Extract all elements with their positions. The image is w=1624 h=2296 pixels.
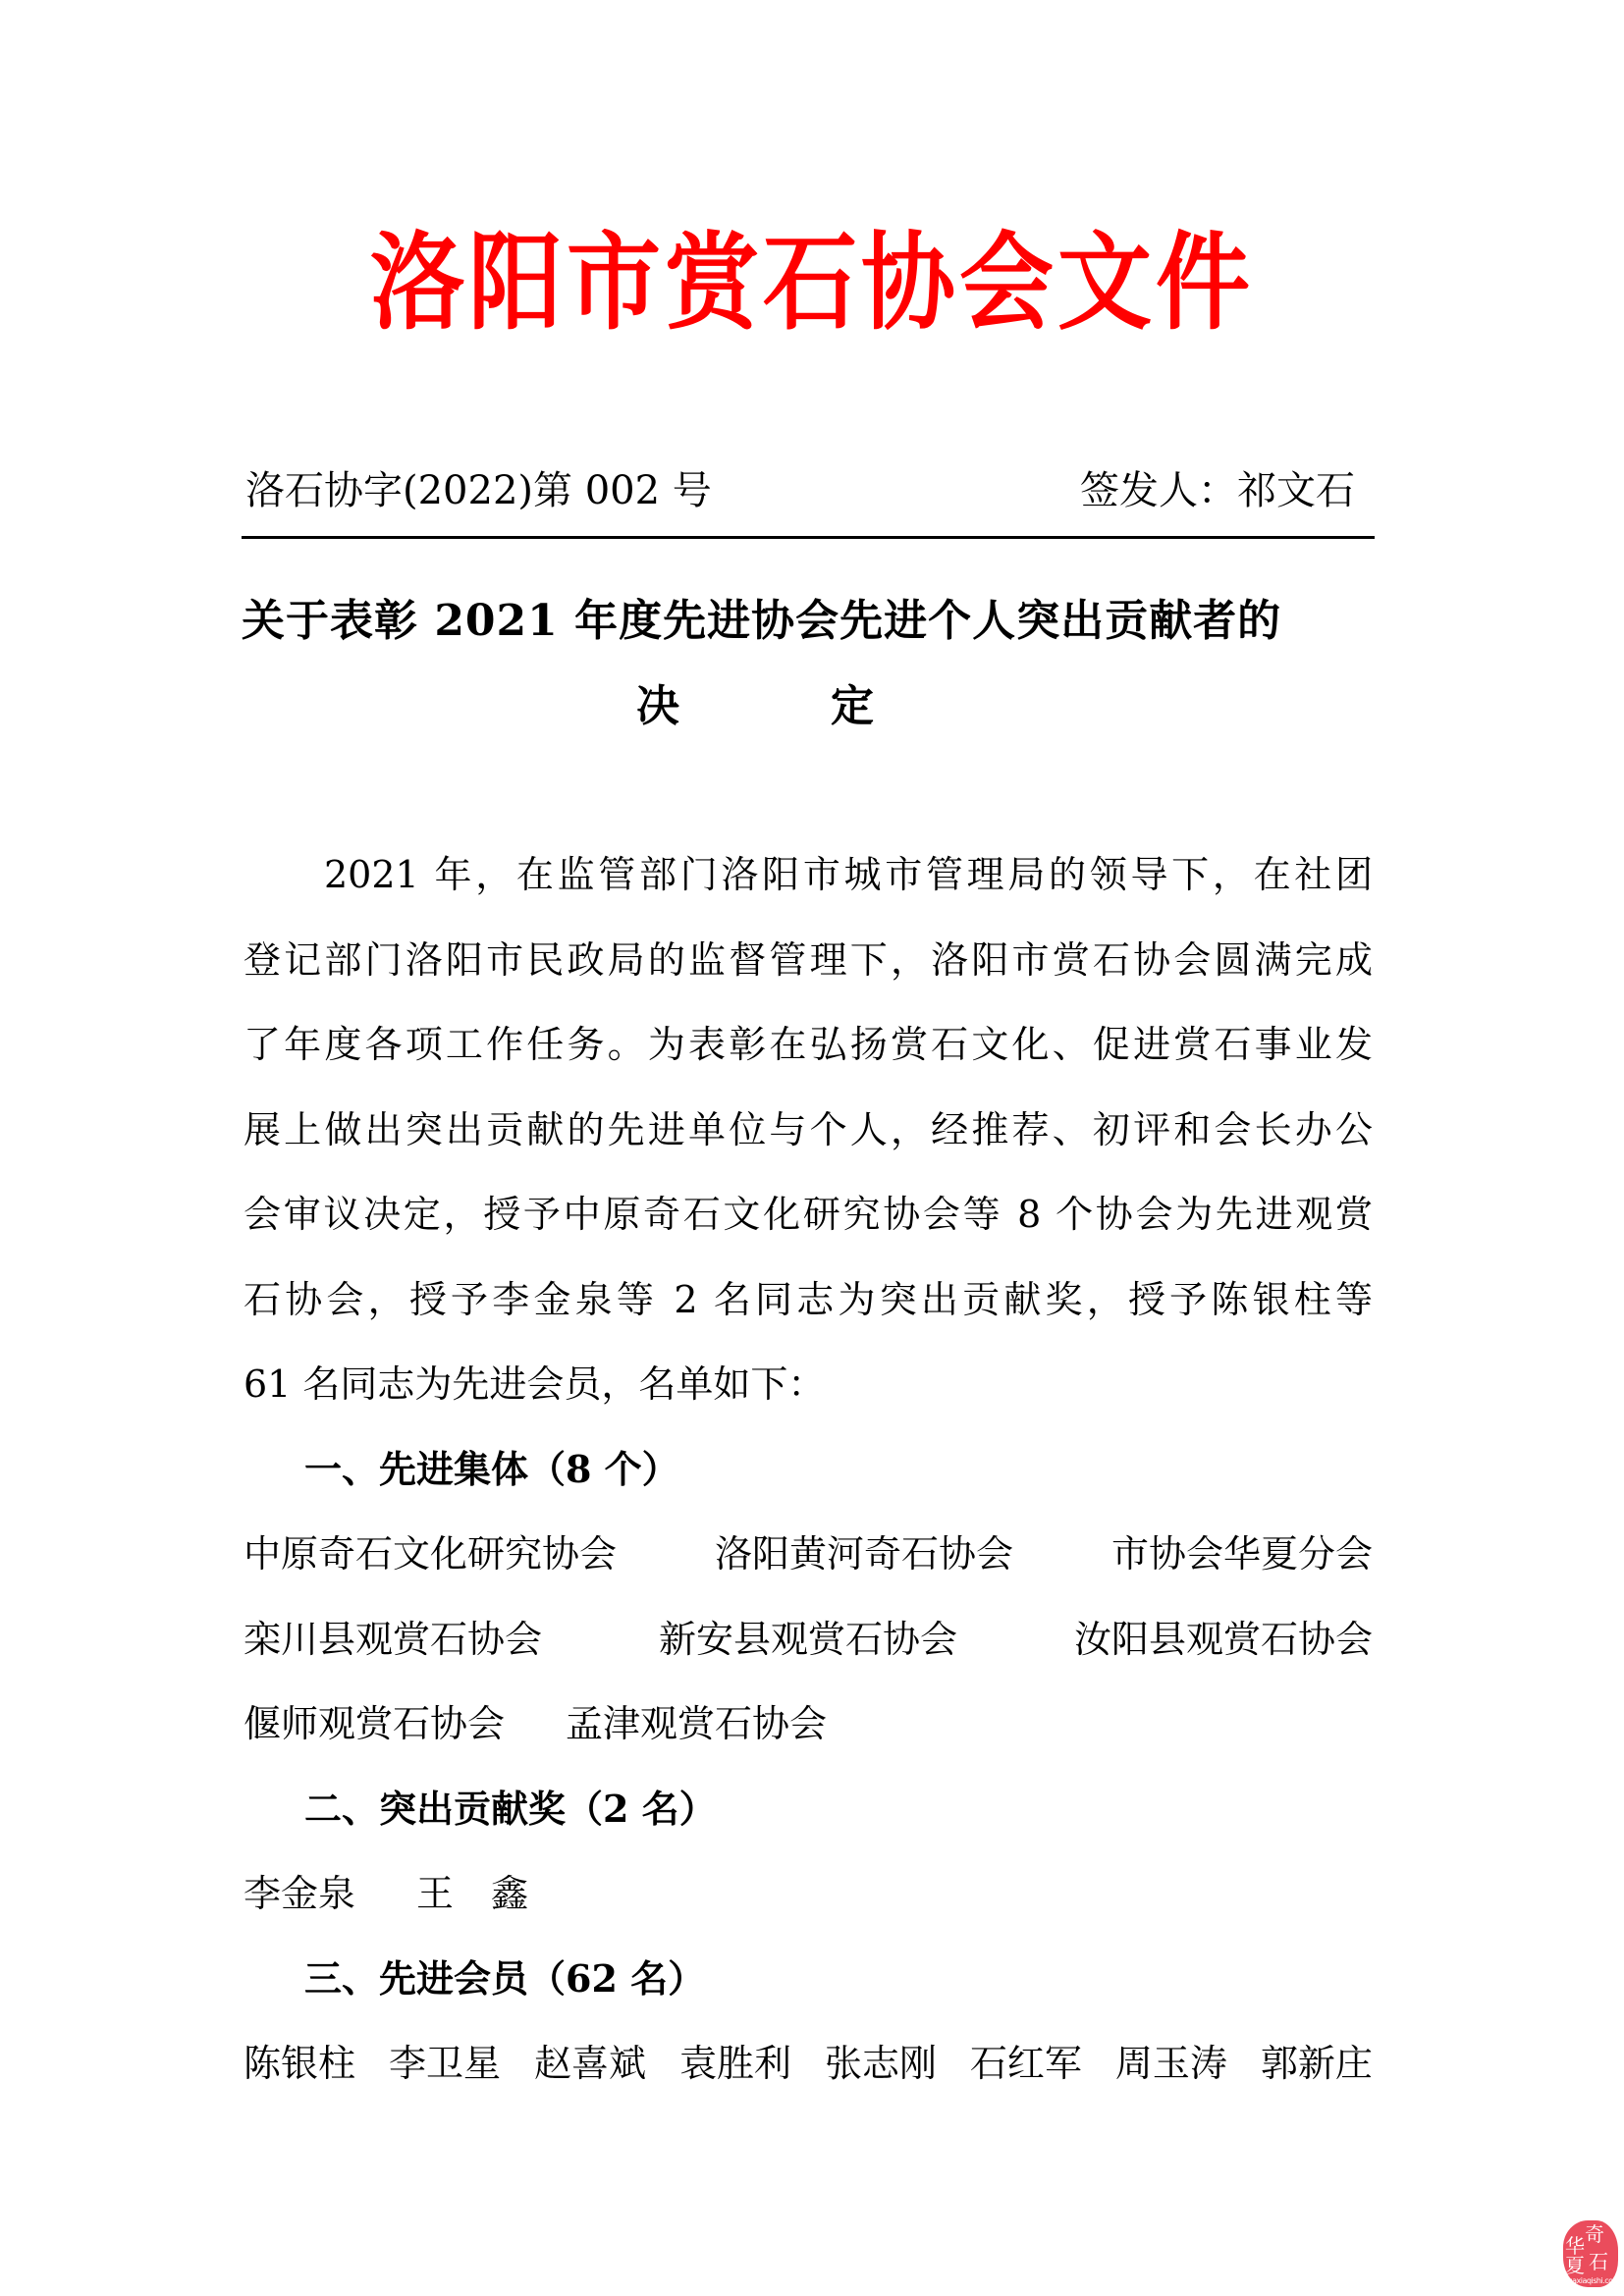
seal-char: 石 <box>1589 2252 1608 2271</box>
group-name: 偃师观赏石协会 <box>244 1682 505 1767</box>
paragraph-line: 展上做出突出贡献的先进单位与个人，经推荐、初评和会长办公 <box>244 1088 1373 1173</box>
group-name: 市协会华夏分会 <box>1111 1512 1373 1597</box>
paragraph-line: 2021 年，在监管部门洛阳市城市管理局的领导下，在社团 <box>244 832 1373 918</box>
awardee-name: 李金泉 <box>244 1851 355 1937</box>
paragraph-line: 61 名同志为先进会员，名单如下： <box>244 1342 1373 1427</box>
masthead-title: 洛阳市赏石协会文件 <box>0 217 1624 348</box>
document-body: 2021 年，在监管部门洛阳市城市管理局的领导下，在社团 登记部门洛阳市民政局的… <box>244 832 1373 2107</box>
document-page: 洛阳市赏石协会文件 洛石协字(2022)第 002 号 签发人：祁文石 关于表彰… <box>0 0 1624 2296</box>
group-name: 孟津观赏石协会 <box>566 1682 827 1767</box>
document-number: 洛石协字(2022)第 002 号 <box>245 461 712 520</box>
group-list-row: 偃师观赏石协会 孟津观赏石协会 <box>244 1682 1373 1767</box>
member-name: 袁胜利 <box>679 2021 791 2107</box>
group-list-row: 中原奇石文化研究协会 洛阳黄河奇石协会 市协会华夏分会 <box>244 1512 1373 1597</box>
group-list-row: 栾川县观赏石协会 新安县观赏石协会 汝阳县观赏石协会 <box>244 1597 1373 1682</box>
header-divider <box>242 536 1375 539</box>
member-name: 张志刚 <box>825 2021 937 2107</box>
document-title-line1: 关于表彰 2021 年度先进协会先进个人突出贡献者的 <box>242 592 1375 651</box>
paragraph-line: 石协会，授予李金泉等 2 名同志为突出贡献奖，授予陈银柱等 <box>244 1257 1373 1343</box>
member-names-row: 陈银柱 李卫星 赵喜斌 袁胜利 张志刚 石红军 周玉涛 郭新庄 <box>244 2021 1373 2107</box>
award-names-row: 李金泉 王 鑫 <box>244 1851 1373 1937</box>
group-name: 中原奇石文化研究协会 <box>244 1512 617 1597</box>
section-heading-outstanding-contribution: 二、突出贡献奖（2 名） <box>244 1767 1373 1852</box>
section-heading-advanced-members: 三、先进会员（62 名） <box>244 1937 1373 2022</box>
paragraph-line: 了年度各项工作任务。为表彰在弘扬赏石文化、促进赏石事业发 <box>244 1002 1373 1088</box>
group-name: 新安县观赏石协会 <box>659 1597 957 1682</box>
seal-url: huaxiaqishi.com <box>1563 2276 1618 2285</box>
group-name: 汝阳县观赏石协会 <box>1074 1597 1373 1682</box>
paragraph-line: 登记部门洛阳市民政局的监督管理下，洛阳市赏石协会圆满完成 <box>244 918 1373 1003</box>
title-char-ding: 定 <box>831 677 874 736</box>
member-name: 郭新庄 <box>1261 2021 1373 2107</box>
member-name: 石红军 <box>970 2021 1082 2107</box>
member-name: 李卫星 <box>389 2021 501 2107</box>
paragraph-line: 会审议决定，授予中原奇石文化研究协会等 8 个协会为先进观赏 <box>244 1172 1373 1257</box>
section-heading-advanced-groups: 一、先进集体（8 个） <box>244 1427 1373 1513</box>
signer: 签发人：祁文石 <box>1080 461 1355 520</box>
seal-char: 华 <box>1565 2236 1585 2256</box>
seal-char: 奇 <box>1585 2224 1604 2244</box>
group-name: 栾川县观赏石协会 <box>244 1597 542 1682</box>
awardee-name: 王 鑫 <box>416 1851 528 1937</box>
member-name: 赵喜斌 <box>534 2021 646 2107</box>
watermark-seal-icon: 奇 华 夏 石 huaxiaqishi.com <box>1563 2220 1618 2287</box>
title-char-jue: 决 <box>636 677 679 736</box>
seal-char: 夏 <box>1565 2256 1585 2275</box>
member-name: 陈银柱 <box>244 2021 355 2107</box>
member-name: 周玉涛 <box>1115 2021 1227 2107</box>
document-info-bar: 洛石协字(2022)第 002 号 签发人：祁文石 <box>242 461 1375 520</box>
group-name: 洛阳黄河奇石协会 <box>715 1512 1013 1597</box>
